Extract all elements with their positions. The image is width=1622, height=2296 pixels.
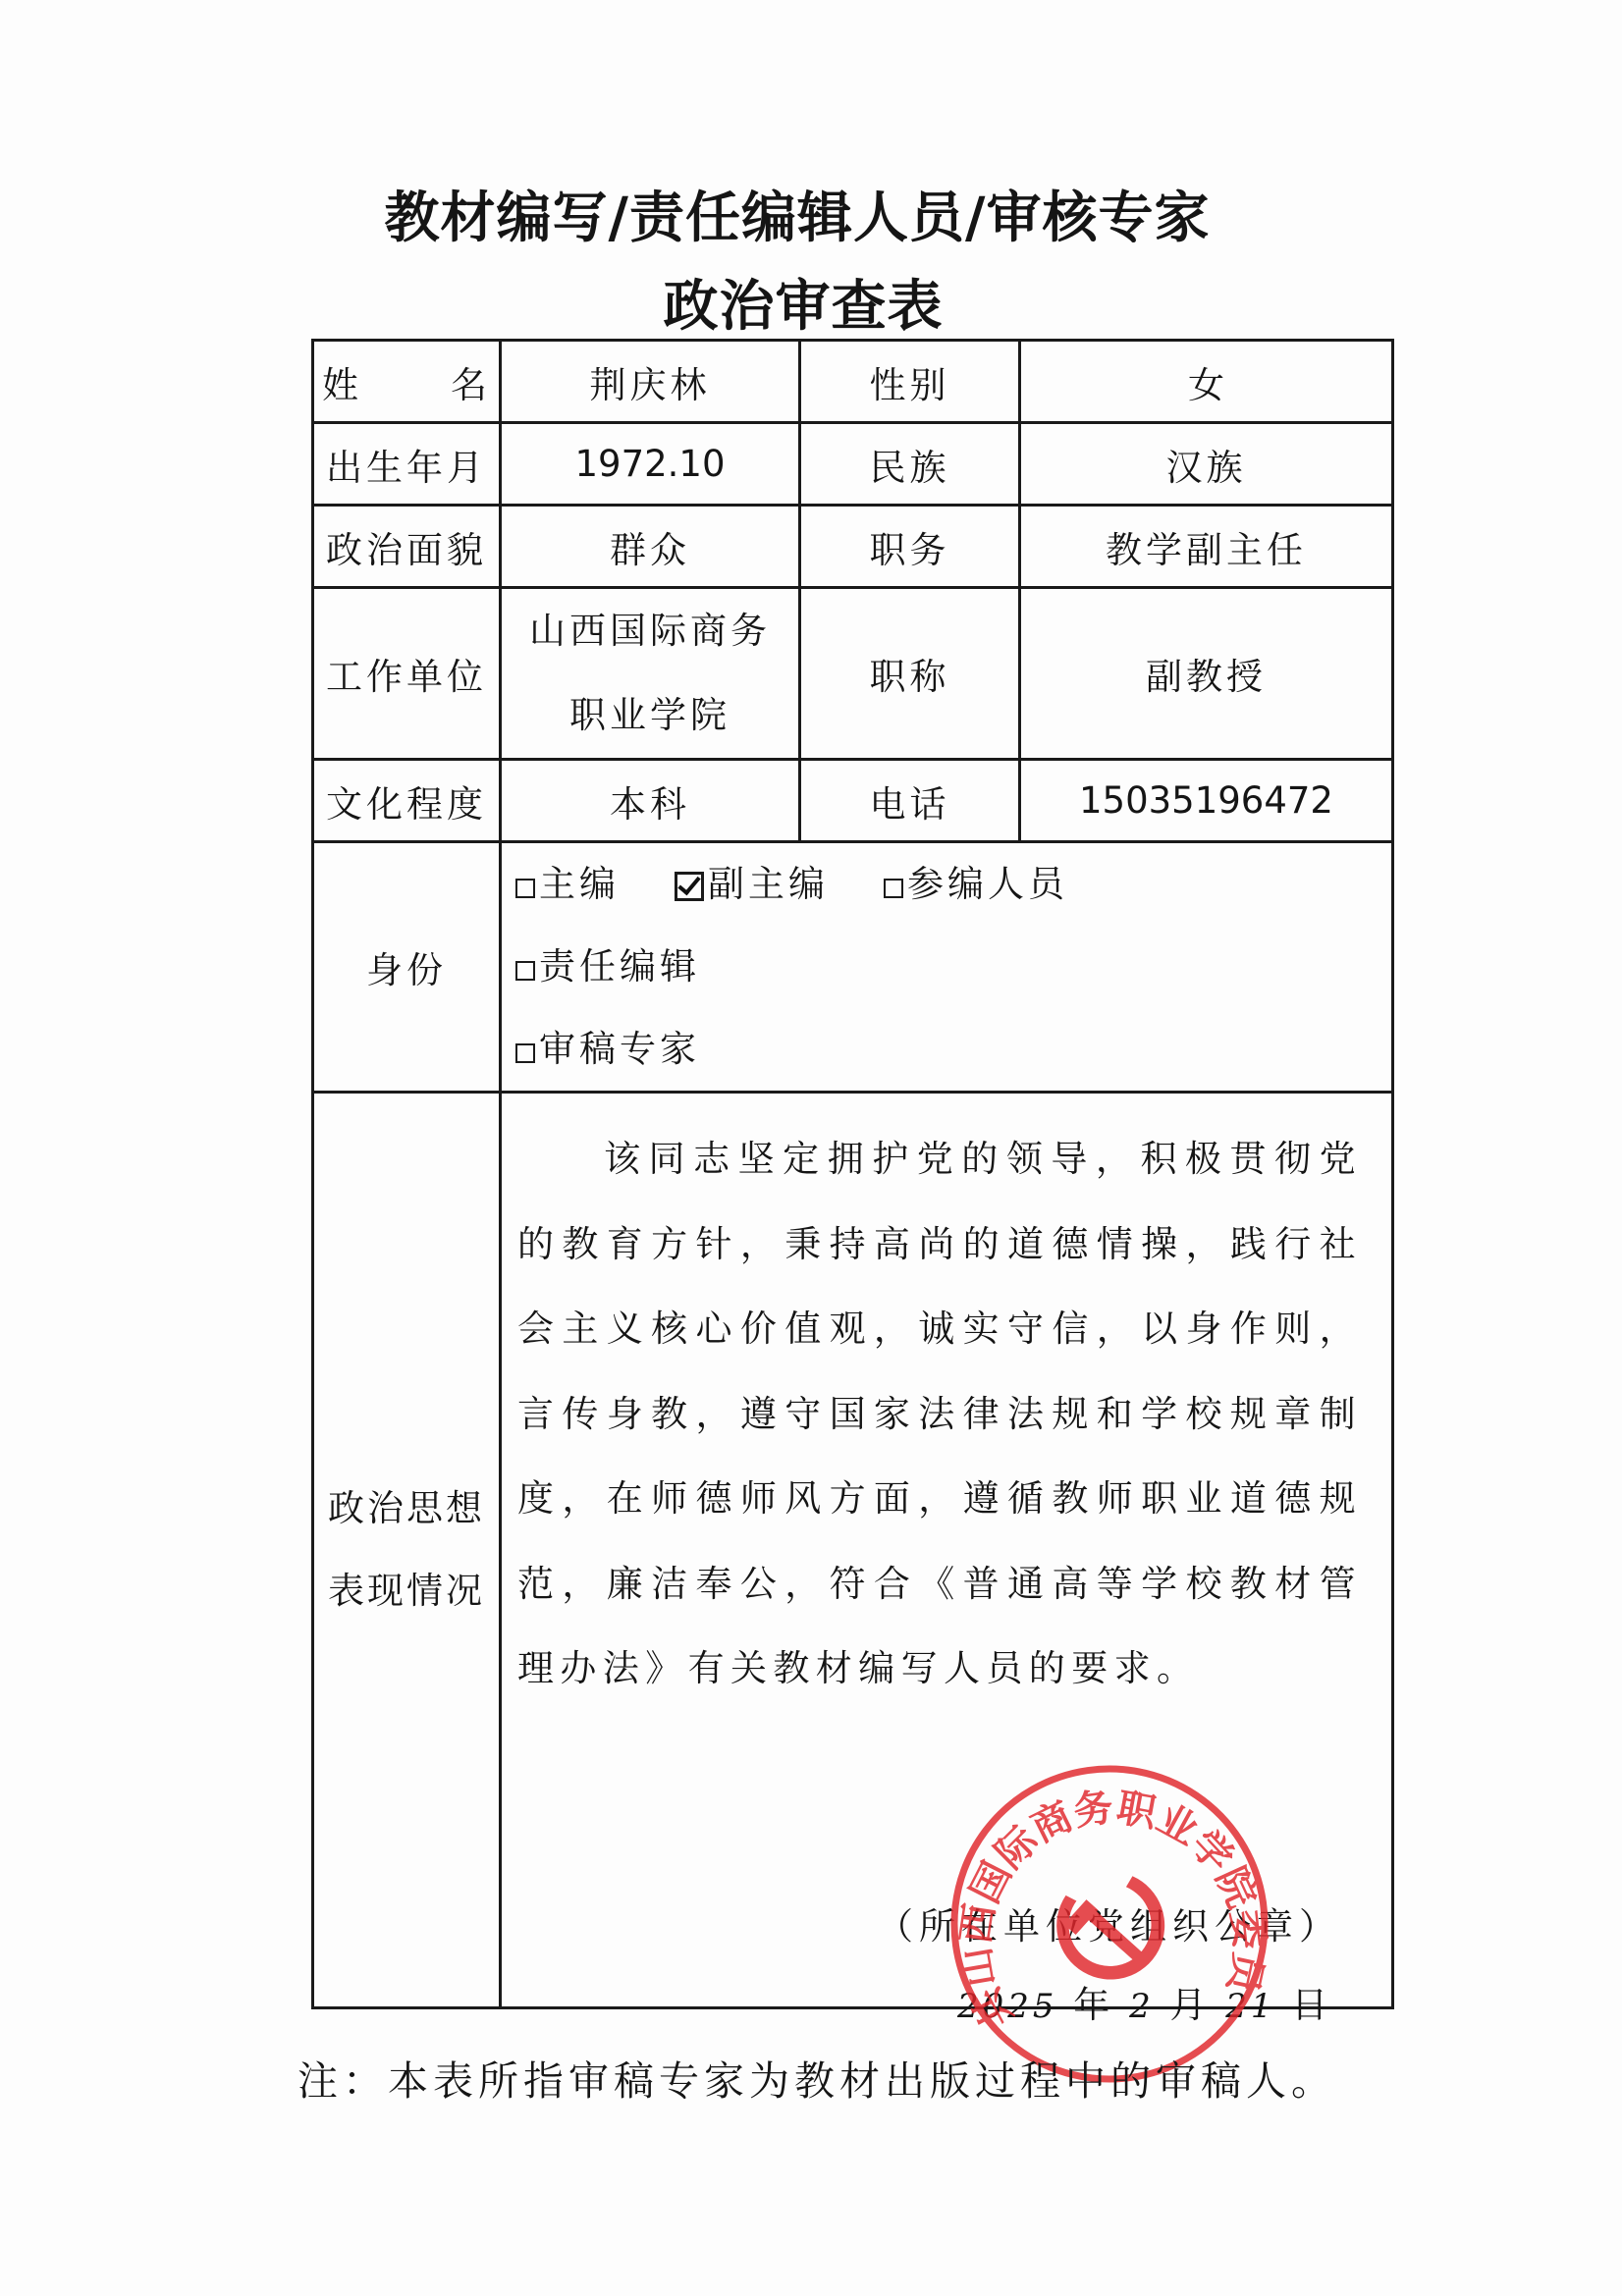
- role-options: 主编 副主编 参编人员 责任编辑: [501, 842, 1393, 1093]
- date-year: 2025: [957, 1987, 1058, 2026]
- birth-label: 出生年月: [313, 423, 501, 506]
- phone-label: 电话: [800, 760, 1020, 842]
- row-evaluation: 政治思想 表现情况 该同志坚定拥护党的领导，积极贯彻党的教育方针，秉持高尚的道德…: [313, 1093, 1393, 2008]
- work-unit-line1: 山西国际商务: [502, 589, 798, 673]
- row-education-phone: 文化程度 本科 电话 15035196472: [313, 760, 1393, 842]
- row-political-position: 政治面貌 群众 职务 教学副主任: [313, 506, 1393, 588]
- date-month: 2: [1129, 1987, 1155, 2026]
- document-title: 教材编写/责任编辑人员/审核专家: [0, 175, 1608, 253]
- date-day: 21: [1225, 1987, 1275, 2026]
- role-option-label: 责任编辑: [539, 926, 700, 1008]
- title-label: 职称: [800, 588, 1020, 760]
- stamp-note: （所在单位党组织公章）: [877, 1896, 1341, 1949]
- role-option-review-expert[interactable]: 审稿专家: [515, 1008, 700, 1091]
- evaluation-text: 该同志坚定拥护党的领导，积极贯彻党的教育方针，秉持高尚的道德情操，践行社会主义核…: [517, 1117, 1362, 1712]
- name-label: 姓 名: [313, 341, 501, 423]
- role-line-1: 主编 副主编 参编人员: [515, 843, 1391, 926]
- checkbox-checked-icon[interactable]: [675, 872, 704, 901]
- evaluation-label-line1: 政治思想: [314, 1468, 499, 1550]
- role-option-contributor[interactable]: 参编人员: [884, 843, 1068, 926]
- role-line-3: 审稿专家: [515, 1008, 1391, 1091]
- ethnicity-value: 汉族: [1020, 423, 1393, 506]
- document-subtitle: 政治审查表: [0, 263, 1614, 342]
- date-day-suffix: 日: [1291, 1975, 1331, 2028]
- phone-value: 15035196472: [1020, 760, 1393, 842]
- checkbox-unchecked-icon[interactable]: [515, 879, 535, 898]
- row-birth-ethnicity: 出生年月 1972.10 民族 汉族: [313, 423, 1393, 506]
- education-label: 文化程度: [313, 760, 501, 842]
- row-name-gender: 姓 名 荆庆林 性别 女: [313, 341, 1393, 423]
- work-unit-label: 工作单位: [313, 588, 501, 760]
- row-work-unit-title: 工作单位 山西国际商务 职业学院 职称 副教授: [313, 588, 1393, 760]
- date-month-suffix: 月: [1169, 1975, 1210, 2028]
- work-unit-value: 山西国际商务 职业学院: [501, 588, 800, 760]
- role-option-label: 副主编: [708, 843, 829, 926]
- gender-label: 性别: [800, 341, 1020, 423]
- role-option-responsible-editor[interactable]: 责任编辑: [515, 926, 700, 1008]
- ethnicity-label: 民族: [800, 423, 1020, 506]
- evaluation-content: 该同志坚定拥护党的领导，积极贯彻党的教育方针，秉持高尚的道德情操，践行社会主义核…: [501, 1093, 1393, 2008]
- row-role: 身份 主编 副主编 参编人员 责任编辑: [313, 842, 1393, 1093]
- date-year-suffix: 年: [1073, 1975, 1113, 2028]
- role-option-label: 审稿专家: [539, 1008, 700, 1091]
- role-label: 身份: [313, 842, 501, 1093]
- gender-value: 女: [1020, 341, 1393, 423]
- name-value: 荆庆林: [501, 341, 800, 423]
- name-label-char1: 姓: [322, 355, 358, 408]
- work-unit-line2: 职业学院: [502, 673, 798, 758]
- checkbox-unchecked-icon[interactable]: [884, 879, 903, 898]
- evaluation-label-line2: 表现情况: [314, 1550, 499, 1632]
- role-option-label: 主编: [539, 843, 620, 926]
- education-value: 本科: [501, 760, 800, 842]
- name-label-char2: 名: [451, 355, 487, 408]
- role-option-chief-editor[interactable]: 主编: [515, 843, 620, 926]
- checkbox-unchecked-icon[interactable]: [515, 1043, 535, 1063]
- signature-date: 2025 年 2 月 21 日: [957, 1975, 1331, 2028]
- birth-value: 1972.10: [501, 423, 800, 506]
- role-option-label: 参编人员: [907, 843, 1068, 926]
- footnote: 注：本表所指审稿专家为教材出版过程中的审稿人。: [297, 2049, 1336, 2107]
- role-line-2: 责任编辑: [515, 926, 1391, 1008]
- political-status-value: 群众: [501, 506, 800, 588]
- checkbox-unchecked-icon[interactable]: [515, 961, 535, 981]
- position-label: 职务: [800, 506, 1020, 588]
- evaluation-label: 政治思想 表现情况: [313, 1093, 501, 2008]
- review-form-table: 姓 名 荆庆林 性别 女 出生年月 1972.10 民族 汉族 政治面貌 群众 …: [311, 339, 1394, 2009]
- position-value: 教学副主任: [1020, 506, 1393, 588]
- title-value: 副教授: [1020, 588, 1393, 760]
- political-status-label: 政治面貌: [313, 506, 501, 588]
- role-option-deputy-chief-editor[interactable]: 副主编: [675, 843, 829, 926]
